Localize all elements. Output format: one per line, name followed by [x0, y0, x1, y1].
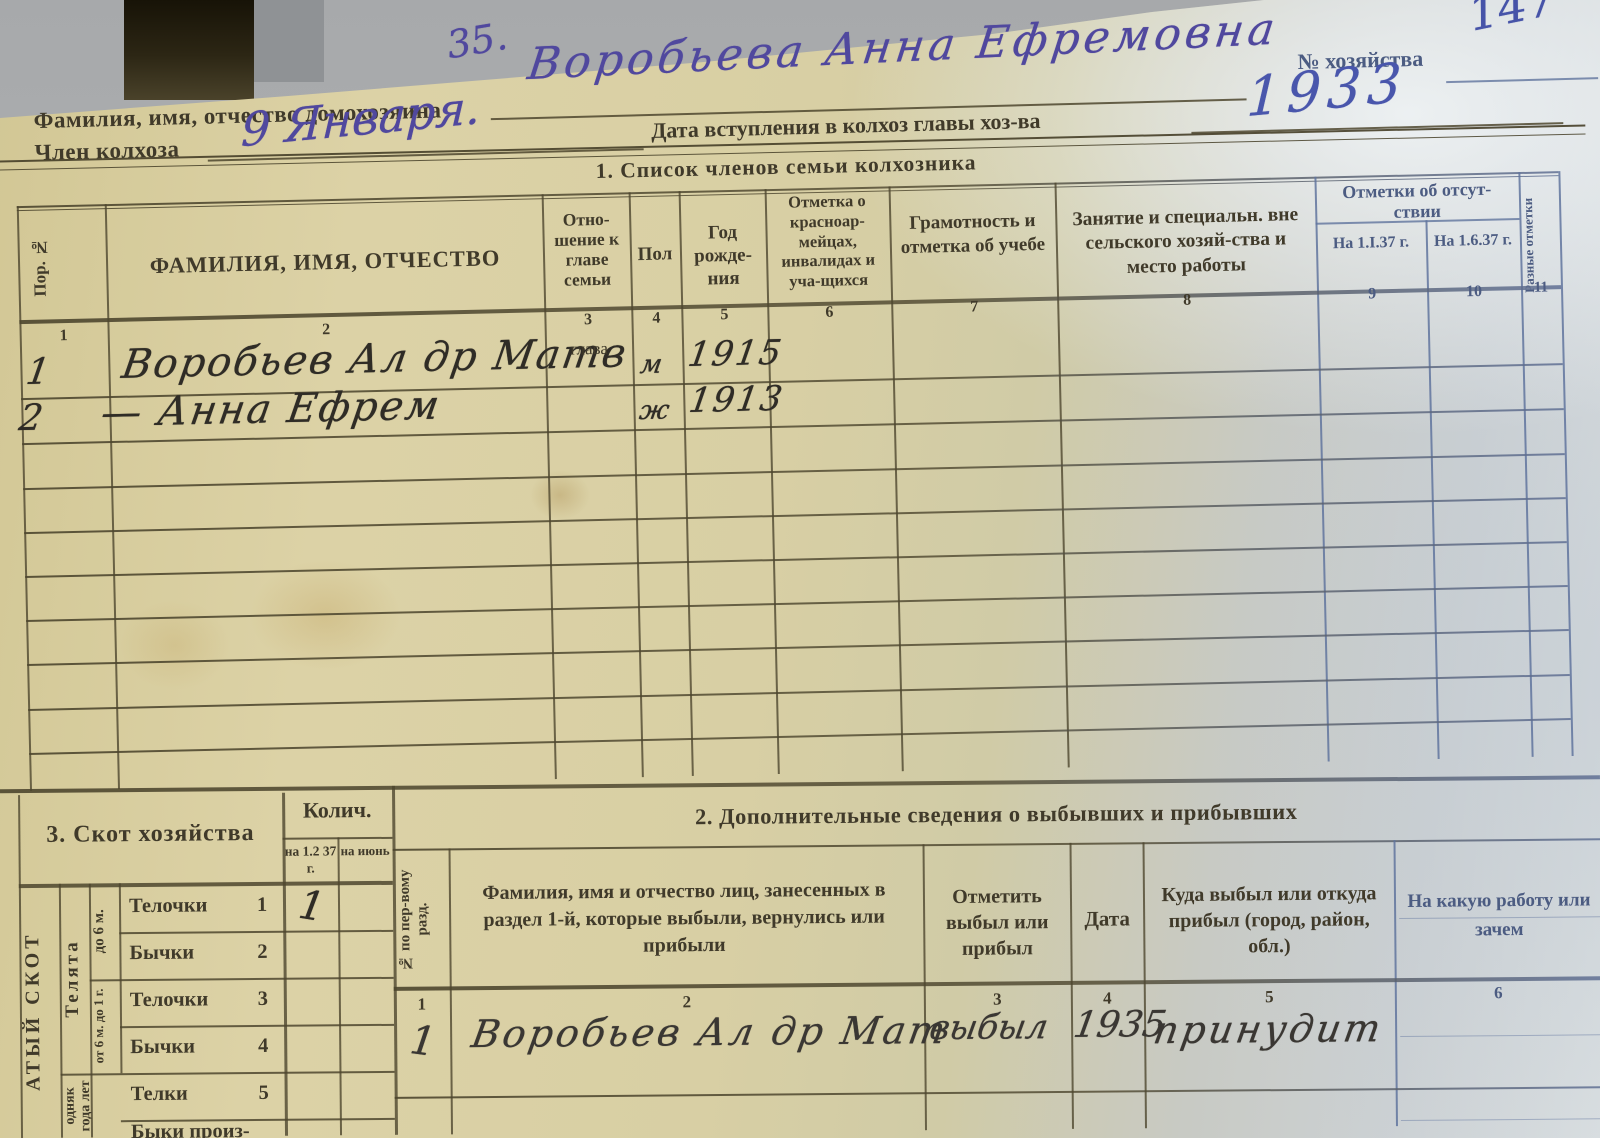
livestock-row-number: 5: [249, 1082, 279, 1105]
departure-row-mark-handwritten: выбыл: [927, 1007, 1051, 1048]
section3-group-under6mo: до 6 м.: [91, 883, 120, 979]
section3-qty-header: Колич.: [282, 797, 392, 824]
departure-row-dest-handwritten: принудит: [1150, 1006, 1386, 1052]
livestock-row-number: 3: [248, 988, 278, 1011]
section3-group-cattle: АТЫЙ СКОТ: [21, 884, 61, 1138]
livestock-qty-handwritten: 1: [295, 882, 328, 932]
rule: [1400, 1034, 1600, 1037]
rule: [1070, 843, 1074, 1129]
section2-col-date-header: Дата: [1073, 906, 1141, 932]
section2-col-mark-header: Отметить выбыл или прибыл: [927, 883, 1068, 962]
livestock-row-label: Быки произ-: [131, 1120, 250, 1138]
rule: [393, 838, 1600, 850]
photo-of-kolkhoz-register-page: Фамилия, имя, отчество домохозяина 35. В…: [0, 0, 1600, 1138]
section3-title: 3. Скот хозяйства: [18, 820, 282, 849]
rule: [395, 1086, 1600, 1098]
col-number: 1: [394, 994, 450, 1014]
section2-col-no-header: № по пер-вому разд.: [397, 856, 448, 982]
rule: [121, 1118, 395, 1122]
departure-row-serial: 1: [407, 1017, 438, 1066]
livestock-row-number: 1: [247, 894, 277, 917]
livestock-row-label: Бычки: [130, 1036, 195, 1060]
livestock-row-number: 2: [247, 941, 277, 964]
rule: [119, 930, 393, 934]
rule: [449, 848, 453, 1134]
livestock-row-label: Телочки: [129, 894, 208, 918]
section3-group-6mo-1yr: от 6 м. до 1 г.: [92, 979, 121, 1073]
section2-col-dest-header: Куда выбыл или откуда прибыл (город, рай…: [1149, 880, 1390, 960]
livestock-row-label: Телочки: [130, 988, 209, 1012]
rule: [1401, 1118, 1600, 1121]
section3-group-yearlings: одняк года лет: [62, 1073, 119, 1137]
col-number: 6: [1395, 982, 1600, 1004]
departure-row-name-handwritten: Воробьев Ал др Мат: [468, 1008, 951, 1056]
section3-qty-col1-header: на 1.2 37 г.: [284, 843, 336, 877]
bottom-sections: 3. Скот хозяйства Колич. на 1.2 37 г. на…: [0, 0, 1600, 1138]
section2-col-name-header: Фамилия, имя и отчество лиц, занесенных …: [459, 876, 910, 961]
rule: [1142, 842, 1146, 1128]
section3-qty-col2-header: на июнь: [338, 843, 391, 860]
rule: [120, 1024, 394, 1028]
livestock-row-label: Бычки: [129, 942, 194, 966]
section3-group-calves: Телята: [61, 883, 91, 1073]
section2-title: 2. Дополнительные сведения о выбывших и …: [392, 796, 1600, 833]
livestock-row-number: 4: [248, 1035, 278, 1058]
rule: [90, 977, 394, 981]
livestock-row-label: Телки: [131, 1083, 188, 1106]
col-number: 5: [1144, 986, 1395, 1008]
rule: [0, 775, 1600, 792]
